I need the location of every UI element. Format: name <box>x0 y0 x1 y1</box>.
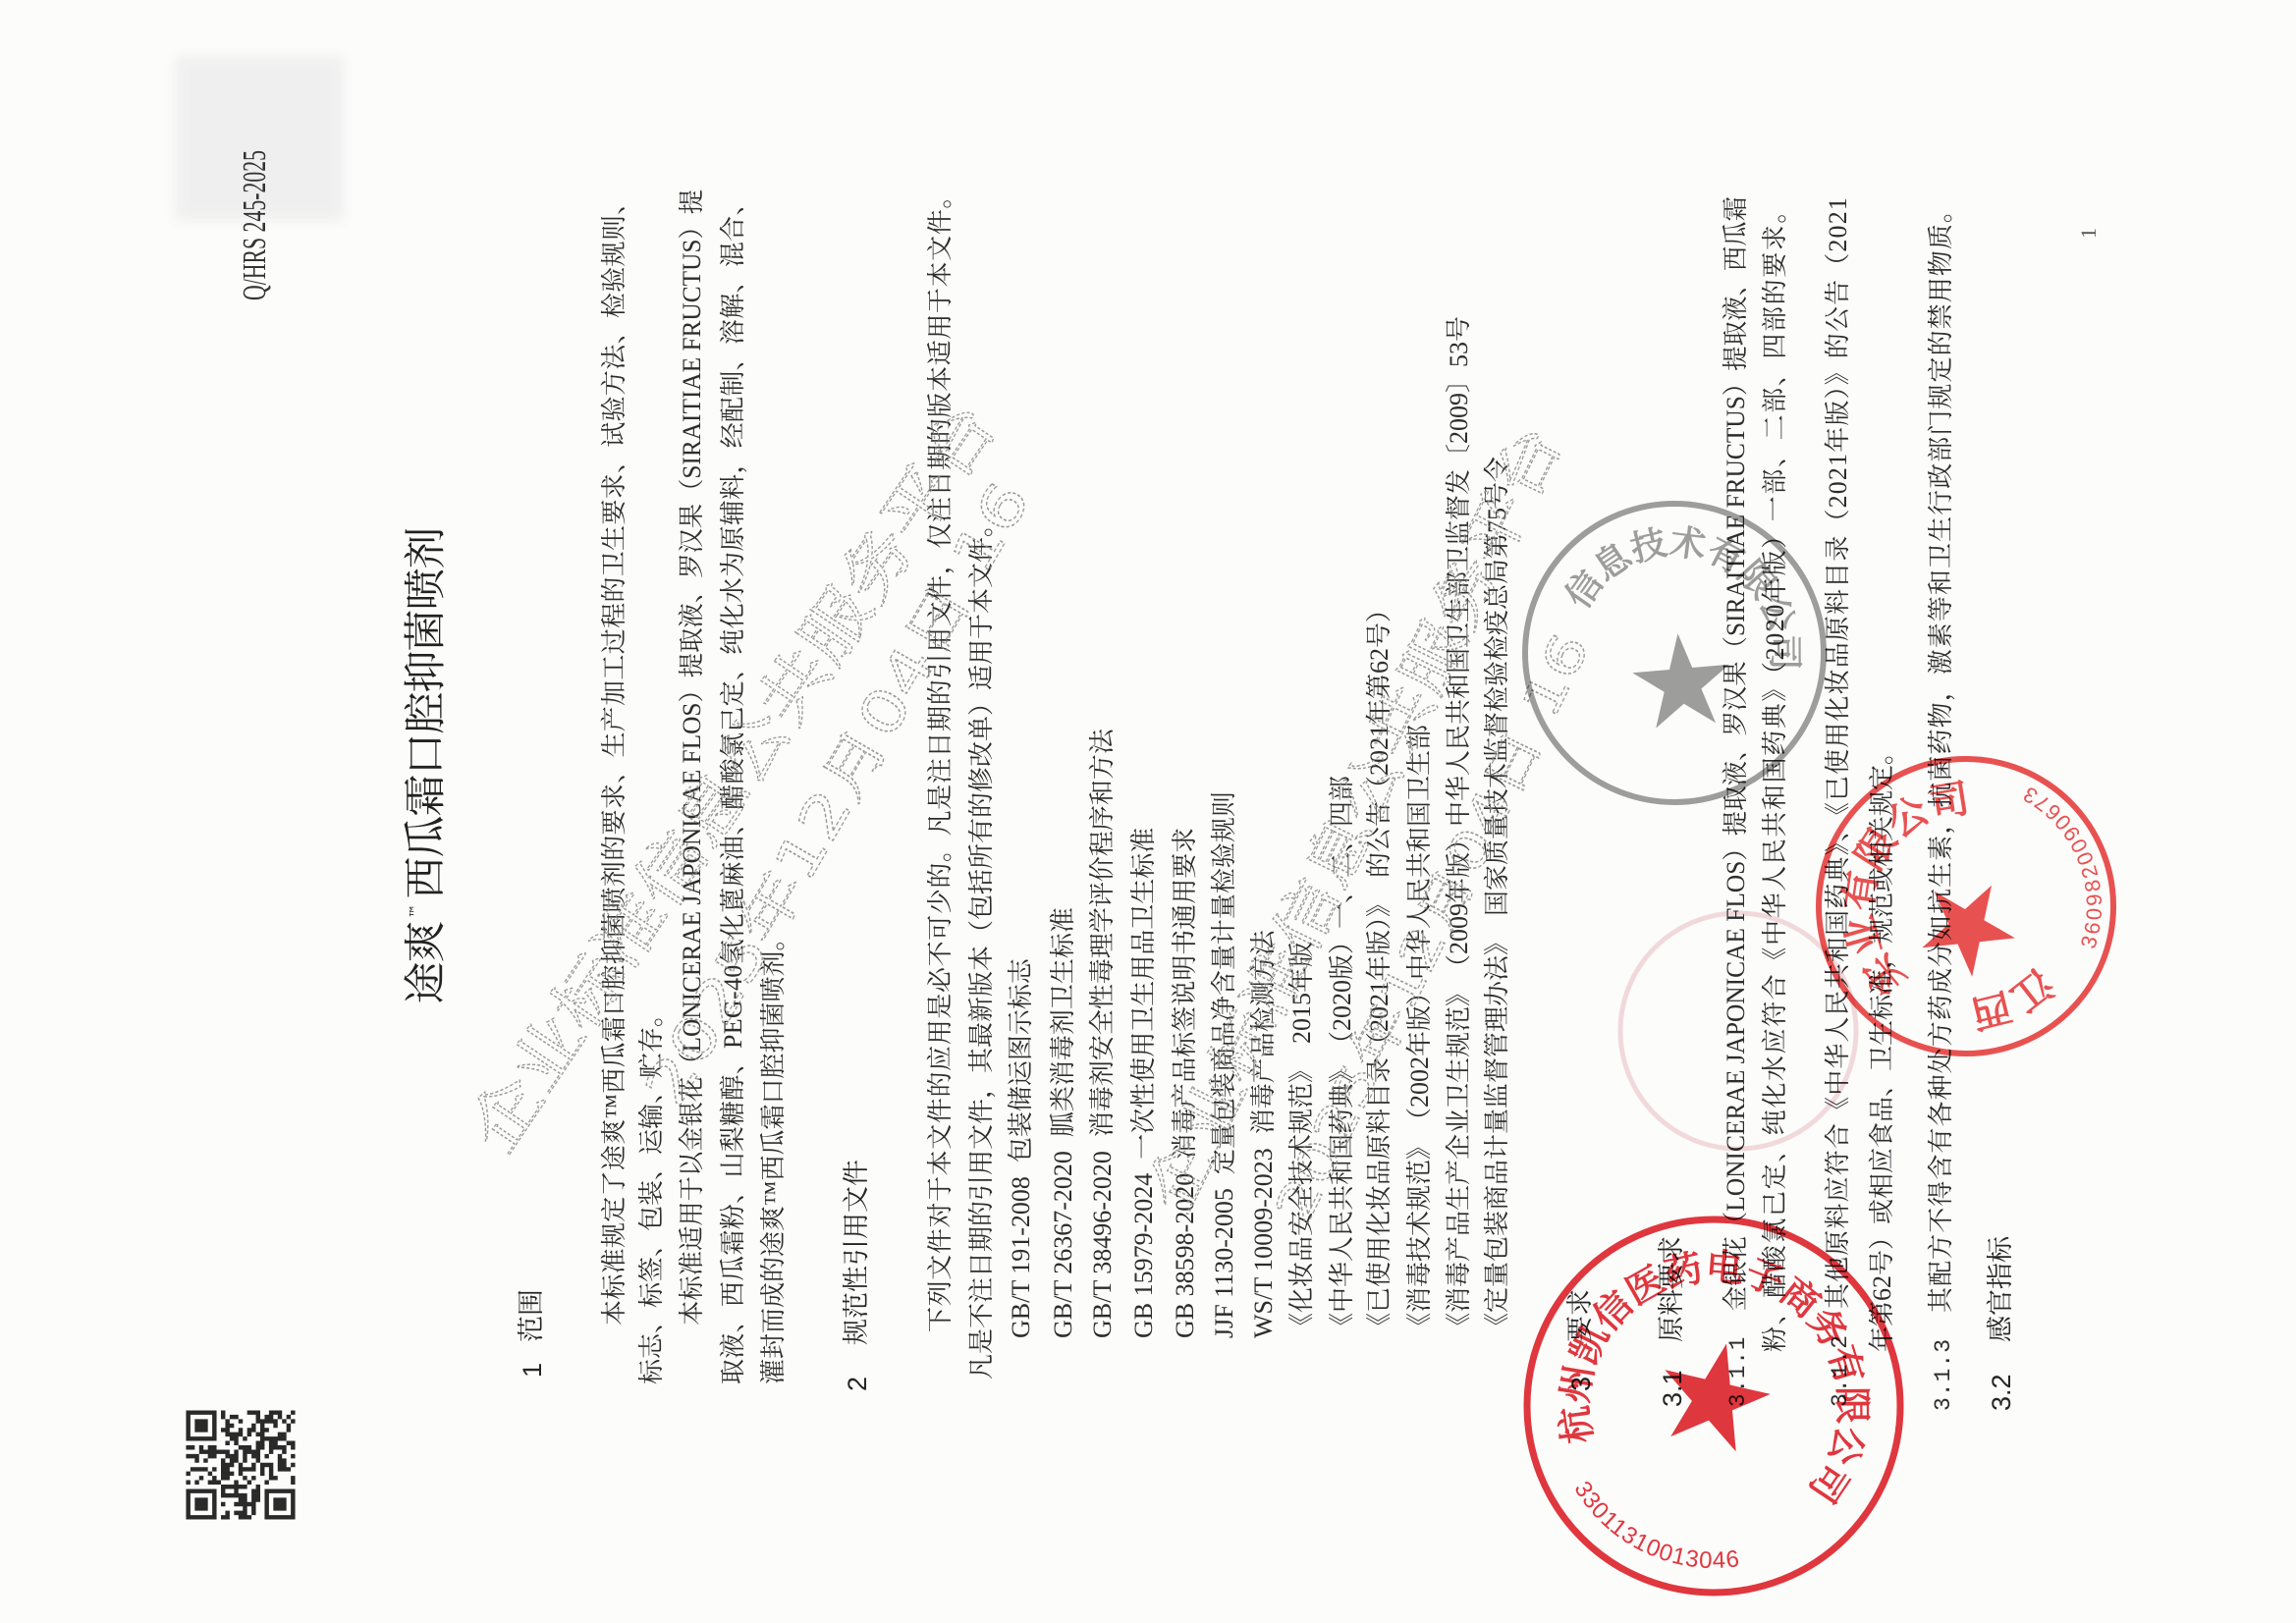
reference-title: 包装储运图示标志 <box>1007 958 1035 1163</box>
reference-item: JJF 1130-2005定量包装商品净含量计量检验规则 <box>1210 791 1239 1338</box>
title-product: 西瓜霜口腔抑菌喷剂 <box>402 528 451 899</box>
clause-text: 其他原料应符合《中华人民共和国药典》、《已使用化妆品原料目录（2021年版）》的… <box>1824 196 1852 1309</box>
reference-title: 定量包装商品净含量计量检验规则 <box>1210 791 1238 1174</box>
reference-item: WS/T 10009-2023消毒产品检测方法 <box>1249 930 1279 1338</box>
document-page: Q/HRS 245-2025 途爽™西瓜霜口腔抑菌喷剂 1 范围 本标准规定了途… <box>0 0 2296 1623</box>
reference-code: GB/T 26367-2020 <box>1049 1151 1077 1338</box>
reference-title: 国家质量技术监督检验检疫总局第75号令 <box>1483 457 1511 916</box>
reference-item: GB/T 26367-2020胍类消毒剂卫生标准 <box>1049 907 1078 1338</box>
reference-item: GB 38598-2020消毒产品标签说明书通用要求 <box>1171 828 1200 1338</box>
qr-code <box>182 1406 300 1524</box>
reference-item: GB 15979-2024一次性使用卫生用品卫生标准 <box>1129 828 1159 1338</box>
reference-code: JJF 1130-2005 <box>1210 1188 1238 1338</box>
paragraph-line: 标志、标签、包装、运输、贮存。 <box>637 1001 667 1384</box>
reference-item: 《消毒技术规范》（2002年版）中华人民共和国卫生部 <box>1405 725 1435 1338</box>
reference-code: 《定量包装商品计量监督管理办法》 <box>1483 930 1511 1338</box>
standard-code: Q/HRS 245-2025 <box>236 150 275 300</box>
section-number: 2 <box>842 1377 873 1391</box>
subsection-number: 3.1 <box>1657 1370 1688 1407</box>
reference-title: 胍类消毒剂卫生标准 <box>1049 907 1077 1137</box>
reference-item: 《化妆品安全技术规范》2015年版 <box>1287 942 1317 1338</box>
paragraph-line: 下列文件对于本文件的应用是必不可少的。凡是注日期的引用文件，仅注日期的版本适用于… <box>926 183 956 1332</box>
reference-code: 《消毒产品生产企业卫生规范》 <box>1445 981 1473 1338</box>
reference-code: 《已使用化妆品原料目录（2021年版）》 <box>1365 892 1394 1338</box>
clause-text: 金银花（LONICERAE JAPONICAE FLOS）提取液、罗汉果（SIR… <box>1722 196 1750 1311</box>
page-number: 1 <box>2076 228 2102 239</box>
section-title: 规范性引用文件 <box>842 1160 873 1345</box>
clause-number: 3.1.3 <box>1929 1313 1958 1411</box>
section-number: 3 <box>1565 1377 1597 1391</box>
reference-code: GB 38598-2020 <box>1171 1173 1199 1338</box>
paragraph-line: 本标准适用于以金银花（LONICERAE JAPONICAE FLOS）提取液、… <box>678 189 707 1325</box>
reference-code: GB 15979-2024 <box>1129 1173 1158 1338</box>
reference-item: 《已使用化妆品原料目录（2021年版）》的公告（2021年第62号） <box>1365 597 1394 1338</box>
clause-text-continuation: 粉、醋酸氯己定、纯化水应符合《中华人民共和国药典》（2020年版）一部、二部、四… <box>1761 196 1790 1352</box>
subsection-title: 感官指标 <box>1986 1236 2017 1342</box>
reference-code: 《化妆品安全技术规范》 <box>1287 1057 1316 1338</box>
paragraph-line: 本标准规定了途爽™西瓜霜口腔抑菌喷剂的要求、生产加工过程的卫生要求、试验方法、检… <box>600 189 629 1325</box>
document-title: 途爽™西瓜霜口腔抑菌喷剂 <box>391 471 440 1060</box>
clause-text: 其配方不得含有各种处方药成分如抗生素，抗菌药物，激素等和卫生行政部门规定的禁用物… <box>1927 196 1955 1313</box>
reference-code: GB/T 191-2008 <box>1007 1176 1035 1338</box>
reference-title: 消毒剂安全性毒理学评价程序和方法 <box>1088 729 1117 1137</box>
section-title: 范围 <box>517 1289 548 1342</box>
clause-3-1-3: 3.1.3其配方不得含有各种处方药成分如抗生素，抗菌药物，激素等和卫生行政部门规… <box>1927 196 1956 1411</box>
trademark-symbol: ™ <box>407 904 424 919</box>
reference-code: 《中华人民共和国药典》 <box>1328 1057 1356 1338</box>
section-number: 1 <box>517 1363 548 1378</box>
clause-text-continuation: 年第62号）或相应食品、卫生标准，规范或相关规定。 <box>1868 739 1897 1352</box>
reference-title: （2002年版）中华人民共和国卫生部 <box>1405 725 1434 1120</box>
clause-3-1-2: 3.1.2其他原料应符合《中华人民共和国药典》、《已使用化妆品原料目录（2021… <box>1824 196 1853 1407</box>
reference-title: 2015年版 <box>1287 942 1316 1044</box>
clause-3-1-1: 3.1.1金银花（LONICERAE JAPONICAE FLOS）提取液、罗汉… <box>1722 196 1751 1407</box>
section-title: 要求 <box>1565 1289 1597 1342</box>
reference-title: 消毒产品标签说明书通用要求 <box>1171 828 1199 1160</box>
reference-item: 《中华人民共和国药典》（2020版）一、二、四部 <box>1328 776 1357 1338</box>
subsection-number: 3.2 <box>1986 1374 2017 1411</box>
reference-item: 《消毒产品生产企业卫生规范》（2009年版）中华人民共和国卫生部卫监督发〔200… <box>1445 316 1474 1338</box>
reference-title: （2020版）一、二、四部 <box>1328 776 1356 1044</box>
subsection-title: 原料要求 <box>1657 1236 1688 1342</box>
reference-code: 《消毒技术规范》 <box>1405 1134 1434 1338</box>
reference-title: 的公告（2021年第62号） <box>1365 597 1394 878</box>
clause-number: 3.1.1 <box>1723 1311 1753 1407</box>
reference-item: GB/T 191-2008包装储运图示标志 <box>1007 958 1036 1338</box>
clause-number: 3.1.2 <box>1826 1309 1855 1407</box>
paragraph-line: 凡是不注日期的引用文件，其最新版本（包括所有的修改单）适用于本文件。 <box>967 512 997 1380</box>
title-brand: 途爽 <box>402 922 451 1004</box>
reference-title: 一次性使用卫生用品卫生标准 <box>1129 828 1158 1160</box>
reference-code: GB/T 38496-2020 <box>1088 1151 1117 1338</box>
paragraph-line: 取液、西瓜霜粉、山梨糖醇、PEG-40氢化蓖麻油、醋酸氯己定、纯化水为原辅料，经… <box>719 189 748 1384</box>
reference-code: WS/T 10009-2023 <box>1249 1148 1278 1338</box>
reference-item: 《定量包装商品计量监督管理办法》国家质量技术监督检验检疫总局第75号令 <box>1483 457 1512 1338</box>
reference-item: GB/T 38496-2020消毒剂安全性毒理学评价程序和方法 <box>1088 729 1118 1338</box>
reference-title: （2009年版）中华人民共和国卫生部卫监督发〔2009〕53号 <box>1445 316 1473 967</box>
reference-title: 消毒产品检测方法 <box>1249 930 1278 1134</box>
paragraph-line: 灌封而成的途爽™西瓜霜口腔抑菌喷剂。 <box>759 926 789 1384</box>
